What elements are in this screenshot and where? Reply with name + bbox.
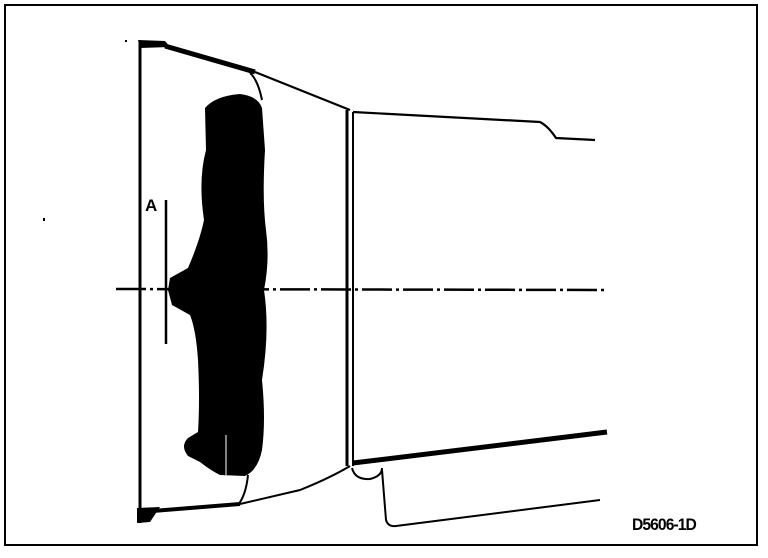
dark-disc (168, 94, 268, 476)
lower-cylinder-line (353, 432, 607, 463)
top-cone-line (255, 72, 350, 110)
callout-label-a: A (145, 197, 157, 214)
lower-bracket-line (382, 470, 600, 526)
upper-cylinder-line (353, 112, 595, 140)
technical-drawing (0, 0, 768, 558)
figure-id-label: D5606-1D (632, 516, 696, 533)
bottom-cone-line (240, 466, 350, 504)
